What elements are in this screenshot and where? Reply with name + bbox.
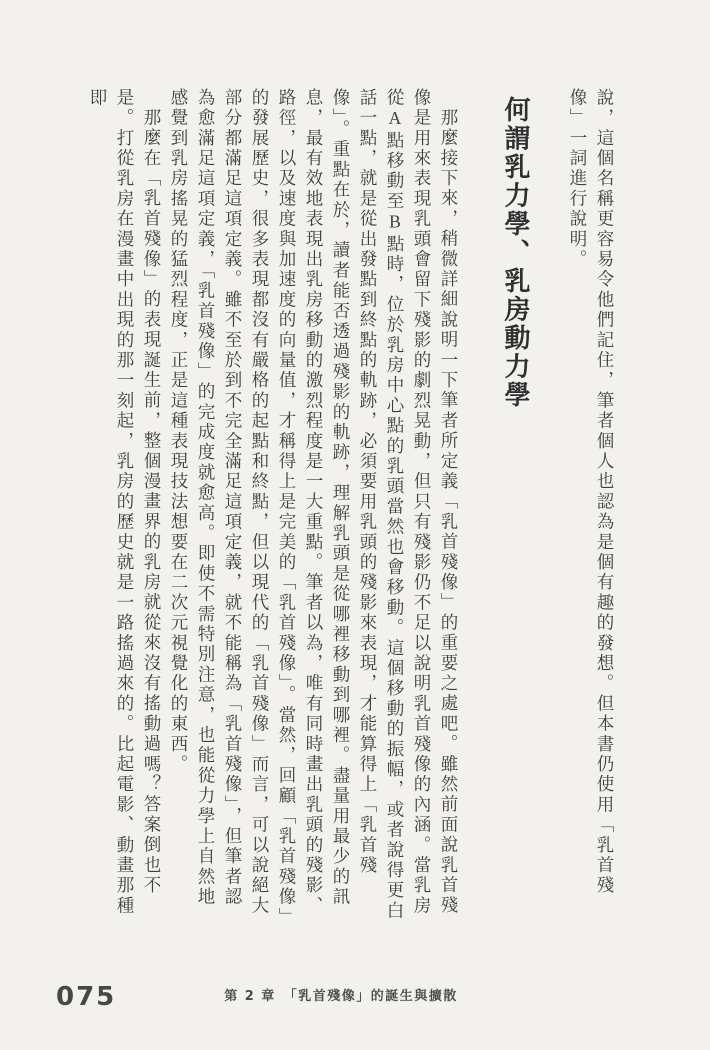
paragraph: 那麼接下來，稍微詳細說明一下筆者所定義「乳首殘像」的重要之處吧。雖然前面說乳首殘… bbox=[165, 88, 462, 924]
vertical-text-block: 說，這個名稱更容易令他們記住，筆者個人也認為是個有趣的發想。但本書仍使用「乳首殘… bbox=[84, 88, 618, 924]
paragraph-continuation: 說，這個名稱更容易令他們記住，筆者個人也認為是個有趣的發想。但本書仍使用「乳首殘… bbox=[564, 88, 618, 924]
book-page: 說，這個名稱更容易令他們記住，筆者個人也認為是個有趣的發想。但本書仍使用「乳首殘… bbox=[0, 0, 710, 1050]
paragraph: 那麼在「乳首殘像」的表現誕生前，整個漫畫界的乳房就從來沒有搖動過嗎？答案倒也不是… bbox=[84, 88, 165, 924]
section-heading: 何謂乳力學、乳房動力學 bbox=[492, 96, 538, 924]
chapter-footer: 第 2 章 「乳首殘像」的誕生與擴散 bbox=[0, 985, 696, 1004]
